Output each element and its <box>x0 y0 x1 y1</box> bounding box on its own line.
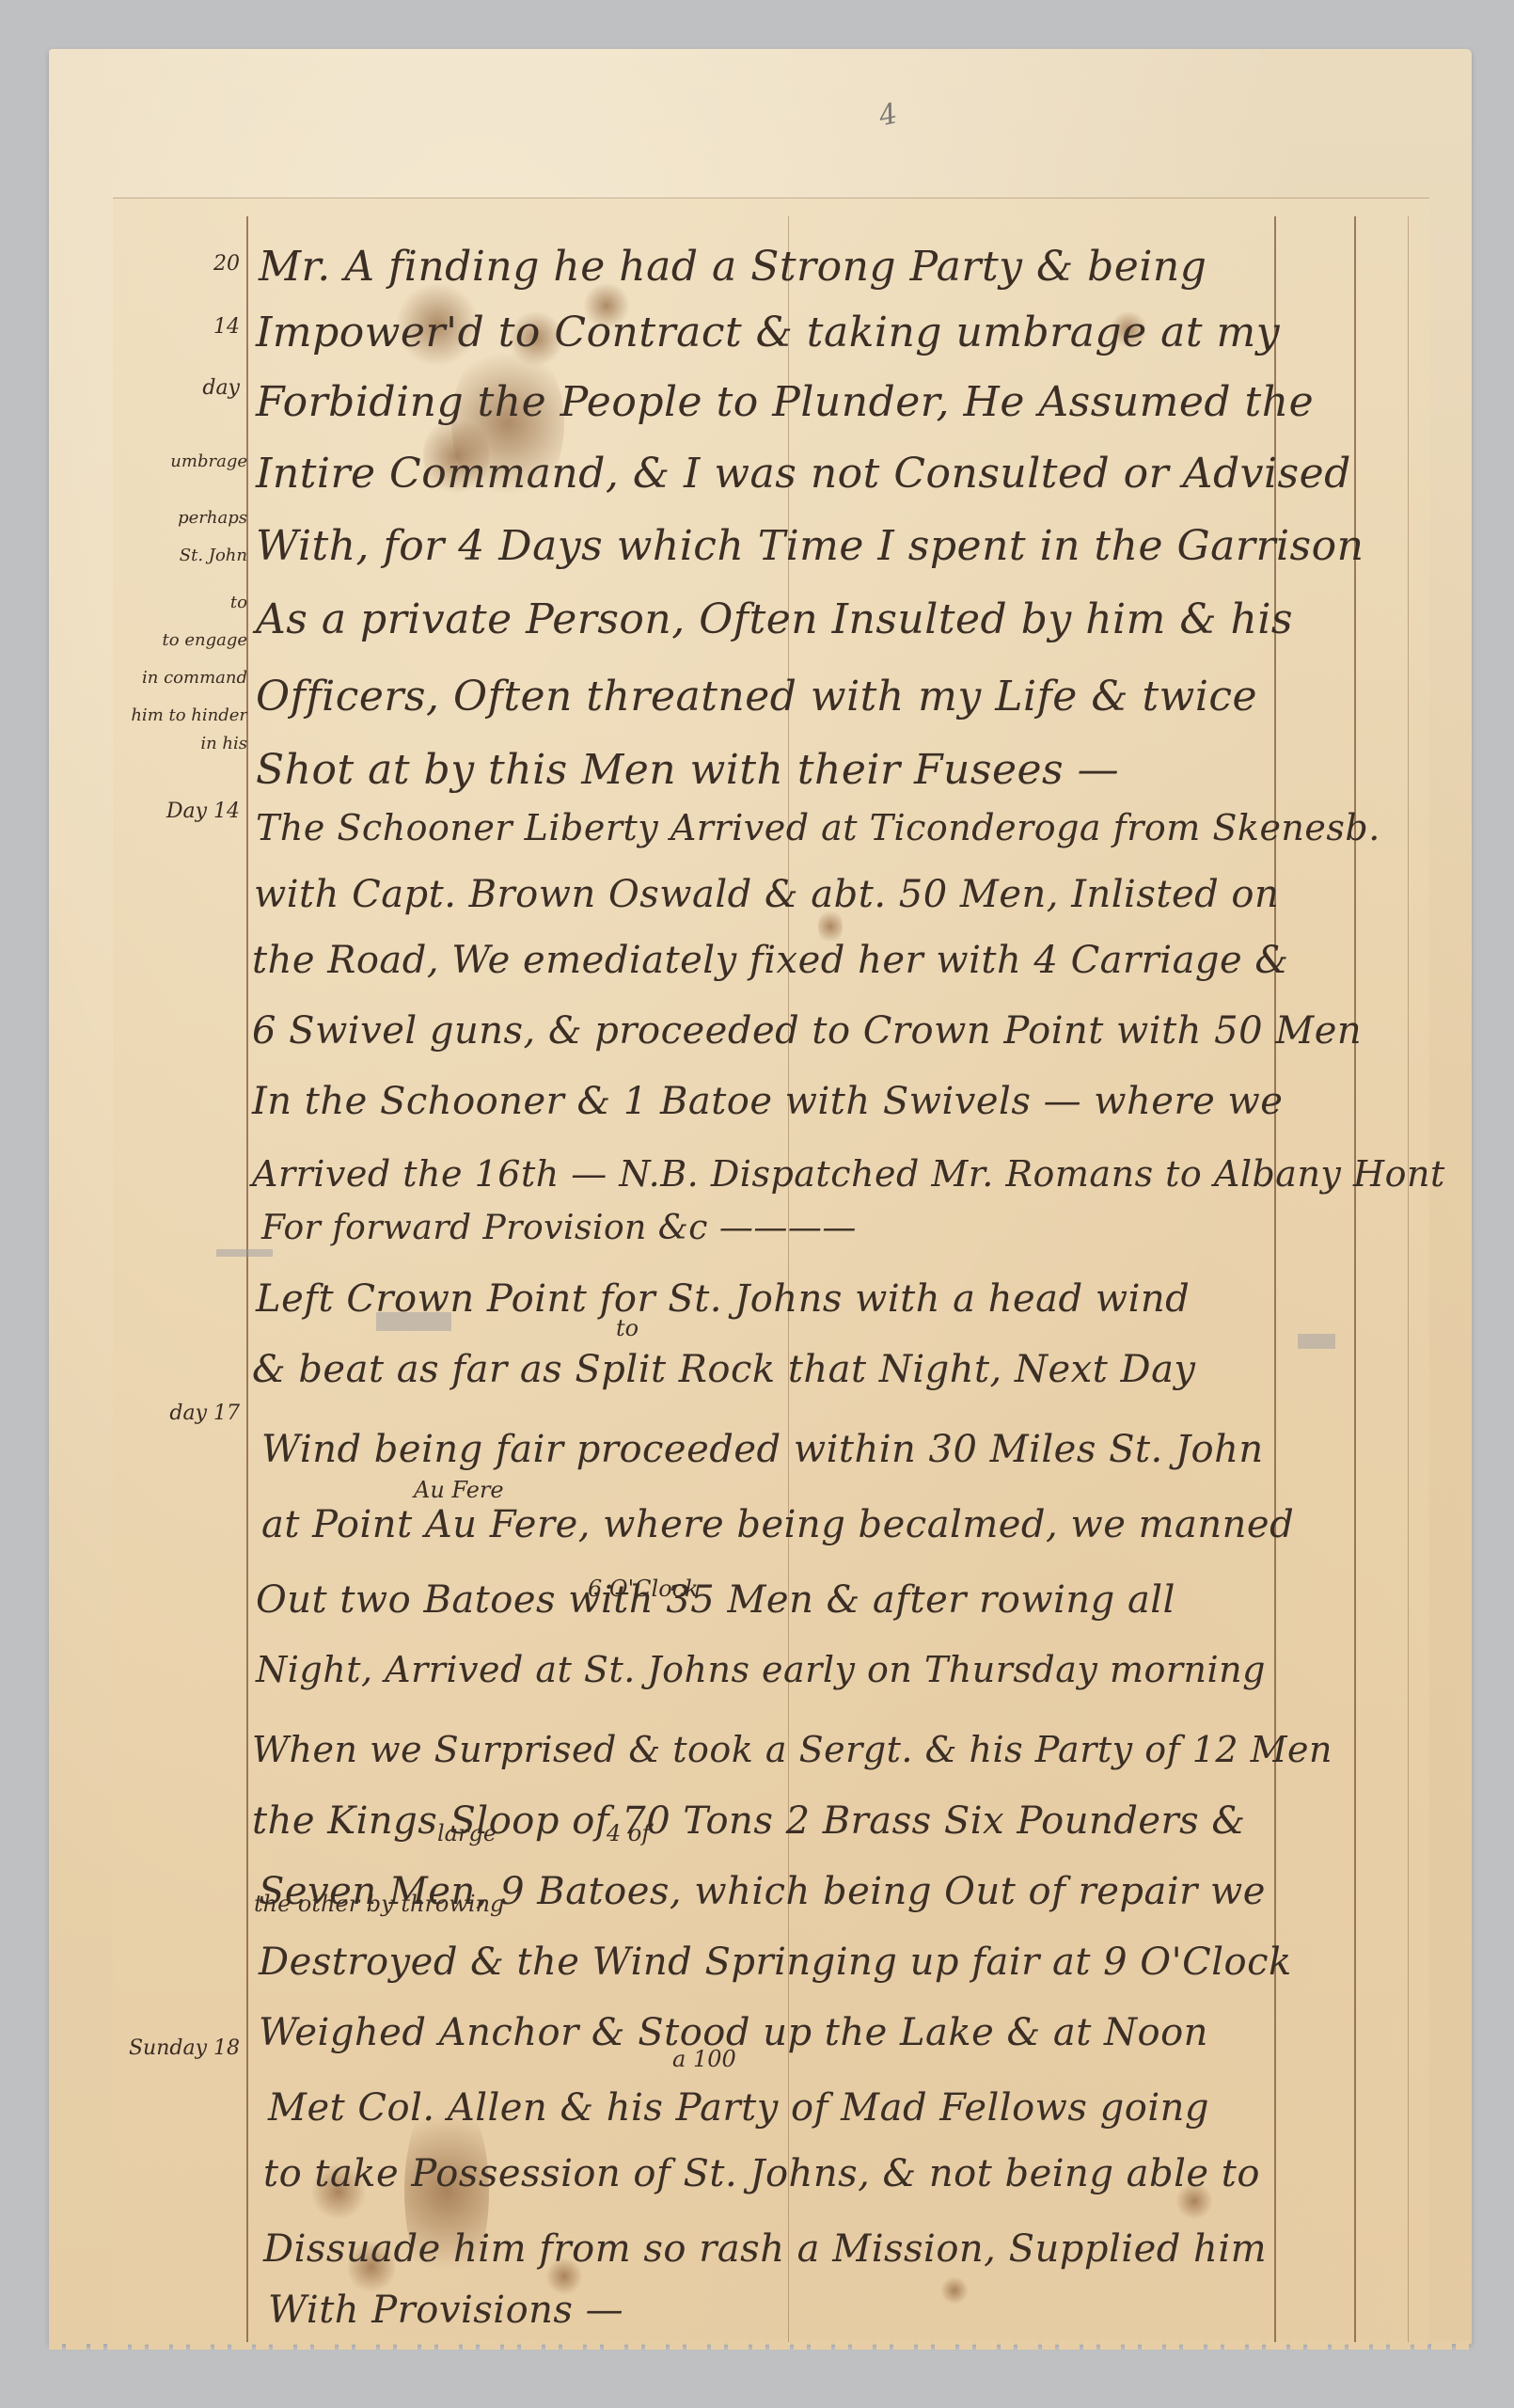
text-line: Wind being fair proceeded within 30 Mile… <box>261 1428 1264 1471</box>
text-line: Forbiding the People to Plunder, He Assu… <box>256 378 1314 426</box>
margin-note: him to hinder <box>130 705 247 725</box>
interlinear-note: the other by throwing <box>254 1891 504 1917</box>
text-line: Out two Batoes with 35 Men & after rowin… <box>256 1578 1175 1622</box>
text-line: Night, Arrived at St. Johns early on Thu… <box>256 1649 1266 1690</box>
margin-rule-line <box>246 216 248 2342</box>
right-rule-line-3 <box>1408 216 1409 2342</box>
margin-note: St. John <box>130 546 247 565</box>
margin-note: in his <box>130 734 247 753</box>
margin-note: 14 <box>122 315 240 339</box>
text-line: With, for 4 Days which Time I spent in t… <box>256 522 1364 570</box>
text-line: Shot at by this Men with their Fusees — <box>256 746 1119 794</box>
text-line: at Point Au Fere, where being becalmed, … <box>261 1503 1294 1546</box>
interlinear-note: large <box>437 1820 497 1846</box>
margin-note: to <box>130 593 247 612</box>
margin-note: 20 <box>122 252 240 276</box>
foxing-stain <box>940 2276 969 2305</box>
text-line: with Capt. Brown Oswald & abt. 50 Men, I… <box>254 873 1279 916</box>
interlinear-note: a 100 <box>672 2046 736 2072</box>
text-line: With Provisions — <box>268 2289 623 2332</box>
text-line: Left Crown Point for St. Johns with a he… <box>256 1277 1190 1321</box>
text-line: the Road, We emediately fixed her with 4… <box>252 939 1289 982</box>
text-line: Officers, Often threatned with my Life &… <box>256 673 1257 721</box>
margin-note: to engage <box>130 630 247 650</box>
interlinear-note: 6 O'Clock <box>588 1576 699 1602</box>
text-line: In the Schooner & 1 Batoe with Swivels —… <box>252 1080 1283 1123</box>
margin-note: day 17 <box>122 1402 240 1425</box>
interlinear-note: Au Fere <box>414 1477 504 1503</box>
text-line: Arrived the 16th — N.B. Dispatched Mr. R… <box>252 1153 1445 1195</box>
margin-note: umbrage <box>130 451 247 471</box>
text-line: Dissuade him from so rash a Mission, Sup… <box>263 2227 1267 2271</box>
text-line: As a private Person, Often Insulted by h… <box>256 595 1293 643</box>
text-line: & beat as far as Split Rock that Night, … <box>252 1348 1196 1391</box>
margin-note: day <box>122 376 240 400</box>
text-line: When we Surprised & took a Sergt. & his … <box>252 1729 1333 1770</box>
text-line: The Schooner Liberty Arrived at Ticonder… <box>256 807 1380 848</box>
text-line: Impower'd to Contract & taking umbrage a… <box>256 309 1280 356</box>
text-line: Destroyed & the Wind Springing up fair a… <box>259 1941 1292 1984</box>
margin-note: Day 14 <box>122 800 240 823</box>
tape-repair <box>216 1249 273 1257</box>
interlinear-note: 4 of <box>607 1820 650 1846</box>
margin-note: in command <box>130 668 247 688</box>
text-line: Mr. A finding he had a Strong Party & be… <box>259 243 1206 291</box>
text-line: to take Possession of St. Johns, & not b… <box>263 2152 1260 2195</box>
interlinear-note: to <box>616 1315 639 1341</box>
margin-note: Sunday 18 <box>122 2036 240 2060</box>
text-line: 6 Swivel guns, & proceeded to Crown Poin… <box>252 1009 1362 1053</box>
text-line: Met Col. Allen & his Party of Mad Fellow… <box>268 2086 1209 2130</box>
text-line: Intire Command, & I was not Consulted or… <box>256 450 1351 498</box>
margin-note: perhaps <box>130 508 247 528</box>
text-line: For forward Provision &c ———— <box>261 1209 857 1247</box>
tape-repair <box>1298 1334 1335 1349</box>
text-line: the Kings Sloop of 70 Tons 2 Brass Six P… <box>252 1799 1245 1843</box>
